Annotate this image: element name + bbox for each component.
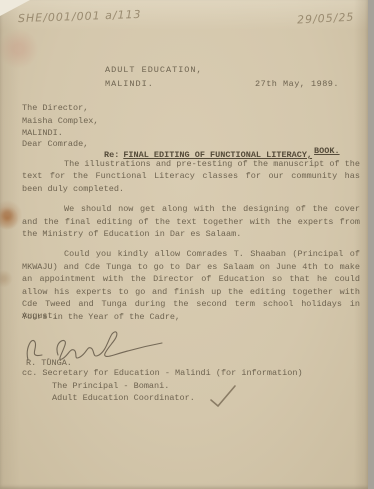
letterhead-row: MALINDI. 27th May, 1989. bbox=[105, 77, 203, 91]
cc-recipient-3: Adult Education Coordinator. bbox=[22, 392, 303, 405]
cc-block: cc. Secretary for Education - Malindi (f… bbox=[22, 367, 303, 405]
recipient-block: The Director, Maisha Complex, MALINDI. bbox=[22, 102, 99, 140]
recipient-line-1: The Director, bbox=[22, 102, 99, 115]
checkmark-icon bbox=[208, 384, 238, 408]
cc-label: cc. bbox=[22, 368, 37, 378]
scan-canvas: SHE/001/001 a/113 29/05/25 ADULT EDUCATI… bbox=[0, 0, 374, 489]
letter-date: 27th May, 1989. bbox=[255, 77, 339, 91]
cc-recipient-2: The Principal - Bomani. bbox=[22, 380, 303, 393]
letterhead-place: MALINDI. bbox=[105, 79, 154, 89]
recipient-line-3: MALINDI. bbox=[22, 127, 99, 140]
letter-page: SHE/001/001 a/113 29/05/25 ADULT EDUCATI… bbox=[0, 0, 368, 489]
handwritten-date: 29/05/25 bbox=[297, 11, 355, 27]
cc-line-1: cc. Secretary for Education - Malindi (f… bbox=[22, 367, 303, 380]
cc-recipient-1: Secretary for Education - Malindi (for i… bbox=[42, 368, 302, 378]
reference-number: SHE/001/001 a/113 bbox=[18, 8, 142, 25]
subject-insertion: BOOK. bbox=[314, 146, 340, 156]
closing-line: Yours in the Year of the Cadre, bbox=[22, 312, 180, 322]
recipient-line-2: Maisha Complex, bbox=[22, 115, 99, 128]
letterhead-org: ADULT EDUCATION, bbox=[105, 63, 203, 77]
body-paragraph-2: We should now get along with the designi… bbox=[22, 203, 360, 240]
salutation: Dear Comrade, bbox=[22, 139, 88, 149]
body-paragraph-1: The illustrations and pre-testing of the… bbox=[22, 158, 360, 195]
paper-stain bbox=[0, 205, 18, 231]
letter-body: The illustrations and pre-testing of the… bbox=[22, 158, 360, 331]
letterhead: ADULT EDUCATION, MALINDI. 27th May, 1989… bbox=[105, 63, 203, 91]
